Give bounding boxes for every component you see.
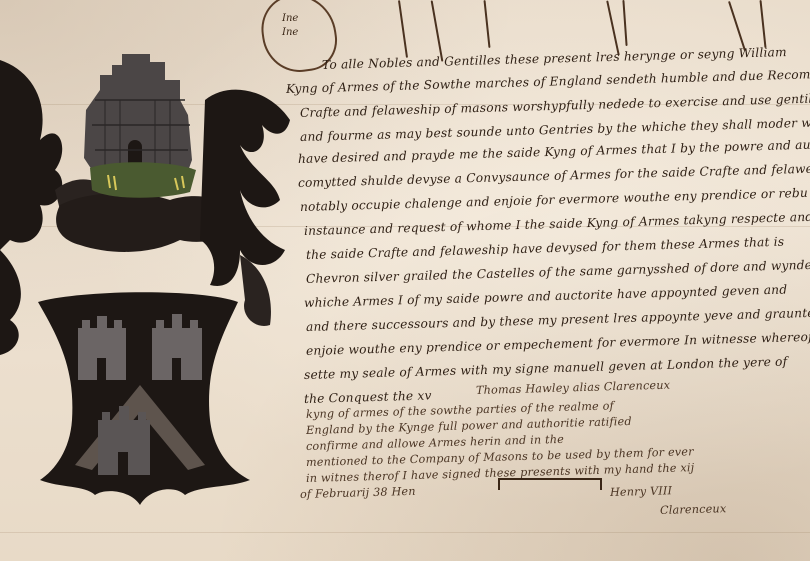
fold-crease (0, 532, 810, 533)
text-line: Chevron silver grailed the Castelles of … (306, 258, 810, 286)
text-line: whiche Armes I of my saide powre and auc… (304, 283, 788, 310)
shield (38, 292, 250, 505)
crest-mount (90, 162, 196, 198)
text-line: and there successours and by these my pr… (306, 306, 810, 334)
ascender-flourish (398, 0, 408, 58)
annotation-line: Thomas Hawley alias Clarenceux (476, 379, 671, 397)
ascender-flourish (606, 0, 620, 55)
ascender-flourish (431, 0, 444, 61)
text-line: instaunce and request of whome I the sai… (304, 210, 810, 238)
text-line: Crafte and felaweship of masons worshypf… (300, 92, 810, 120)
text-line: comytted shulde devyse a Convysaunce of … (298, 161, 810, 190)
castle-sinister (152, 314, 202, 380)
text-line: the Conquest the xv (304, 388, 432, 406)
coat-of-arms (0, 40, 300, 510)
mantling-right (200, 90, 290, 326)
text-line: sette my seale of Armes with my signe ma… (304, 355, 788, 382)
text-line: Kyng of Armes of the Sowthe marches of E… (286, 67, 810, 96)
initial-inscription: Ine Ine (282, 12, 298, 40)
signature: Clarenceux (660, 502, 727, 517)
castle-dexter (78, 316, 126, 380)
ascender-flourish (759, 0, 766, 48)
signature: Henry VIII (610, 484, 672, 499)
crest-castle (84, 54, 196, 198)
manuscript-photo: Ine Ine To alle Nobles and Gentilles the… (0, 0, 810, 561)
text-line: the saide Crafte and felaweship have dev… (306, 235, 785, 262)
text-line: To alle Nobles and Gentilles these prese… (322, 45, 787, 72)
ascender-flourish (728, 1, 746, 51)
text-line: notably occupie chalenge and enjoie for … (300, 186, 808, 214)
ascender-flourish (483, 0, 490, 48)
seal-tag-slot (498, 478, 602, 490)
castle-base (98, 406, 150, 475)
text-line: enjoie wouthe eny prendice or empechemen… (306, 330, 810, 358)
annotation-line: of Februarij 38 Hen (300, 485, 416, 501)
ascender-flourish (622, 0, 627, 46)
